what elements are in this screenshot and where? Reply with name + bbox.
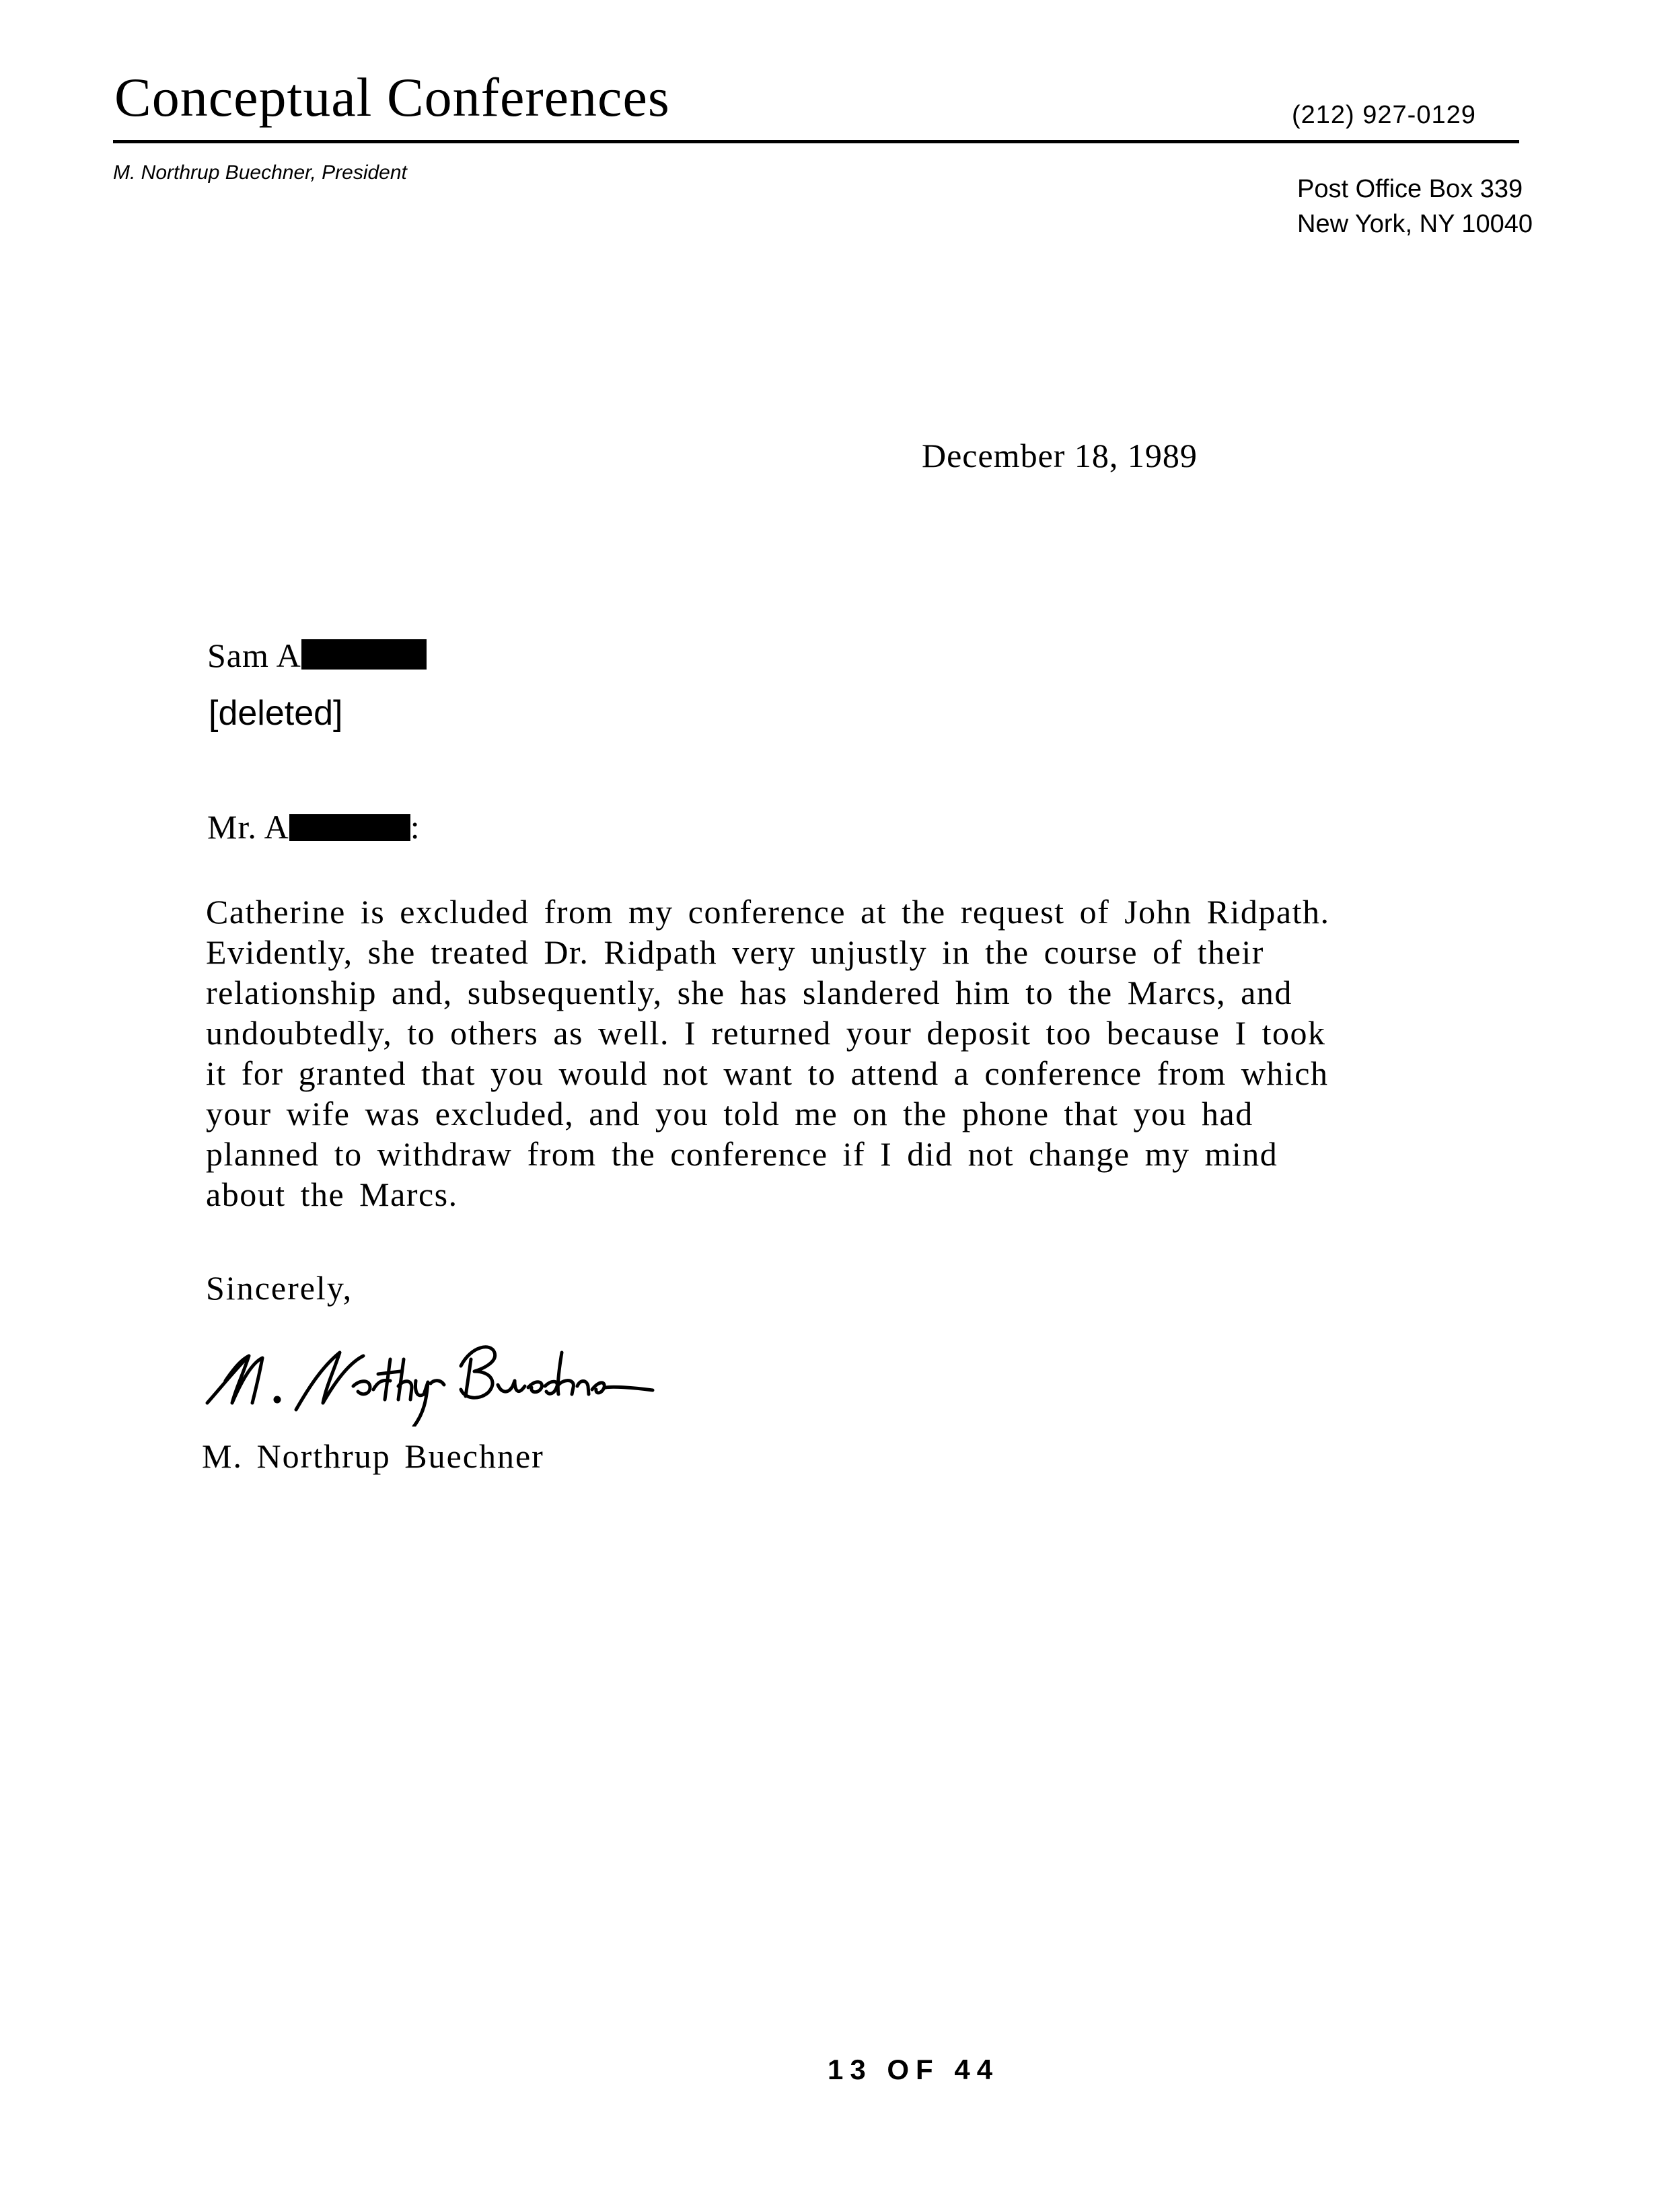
signature-image xyxy=(202,1339,888,1427)
president-line: M. Northrup Buechner, President xyxy=(113,161,407,184)
closing: Sincerely, xyxy=(206,1268,353,1307)
redaction-bar xyxy=(301,639,427,670)
body-line: Evidently, she treated Dr. Ridpath very … xyxy=(206,932,1551,972)
salutation-text: Mr. A xyxy=(207,808,289,846)
body-line: it for granted that you would not want t… xyxy=(206,1053,1551,1093)
address-line: New York, NY 10040 xyxy=(1297,207,1533,242)
body-line: undoubtedly, to others as well. I return… xyxy=(206,1013,1551,1053)
recipient-name: Sam A xyxy=(207,636,427,675)
body-line: relationship and, subsequently, she has … xyxy=(206,972,1551,1013)
company-address: Post Office Box 339 New York, NY 10040 xyxy=(1297,172,1533,242)
signer-name: M. Northrup Buechner xyxy=(202,1437,544,1476)
salutation-colon: : xyxy=(410,808,421,846)
body-line: about the Marcs. xyxy=(206,1174,1551,1215)
address-line: Post Office Box 339 xyxy=(1297,172,1533,207)
redaction-bar xyxy=(289,814,410,841)
body-line: your wife was excluded, and you told me … xyxy=(206,1093,1551,1134)
recipient-name-text: Sam A xyxy=(207,637,301,674)
company-phone: (212) 927-0129 xyxy=(1292,101,1476,130)
body-line: Catherine is excluded from my conference… xyxy=(206,892,1551,932)
letterhead-divider xyxy=(113,140,1519,143)
body-line: planned to withdraw from the conference … xyxy=(206,1134,1551,1174)
letter-date: December 18, 1989 xyxy=(922,436,1198,475)
salutation: Mr. A: xyxy=(207,807,421,846)
page-counter: 13 OF 44 xyxy=(828,2054,999,2086)
company-name: Conceptual Conferences xyxy=(114,66,670,129)
recipient-address: [deleted] xyxy=(209,693,343,733)
letter-body: Catherine is excluded from my conference… xyxy=(206,892,1551,1215)
